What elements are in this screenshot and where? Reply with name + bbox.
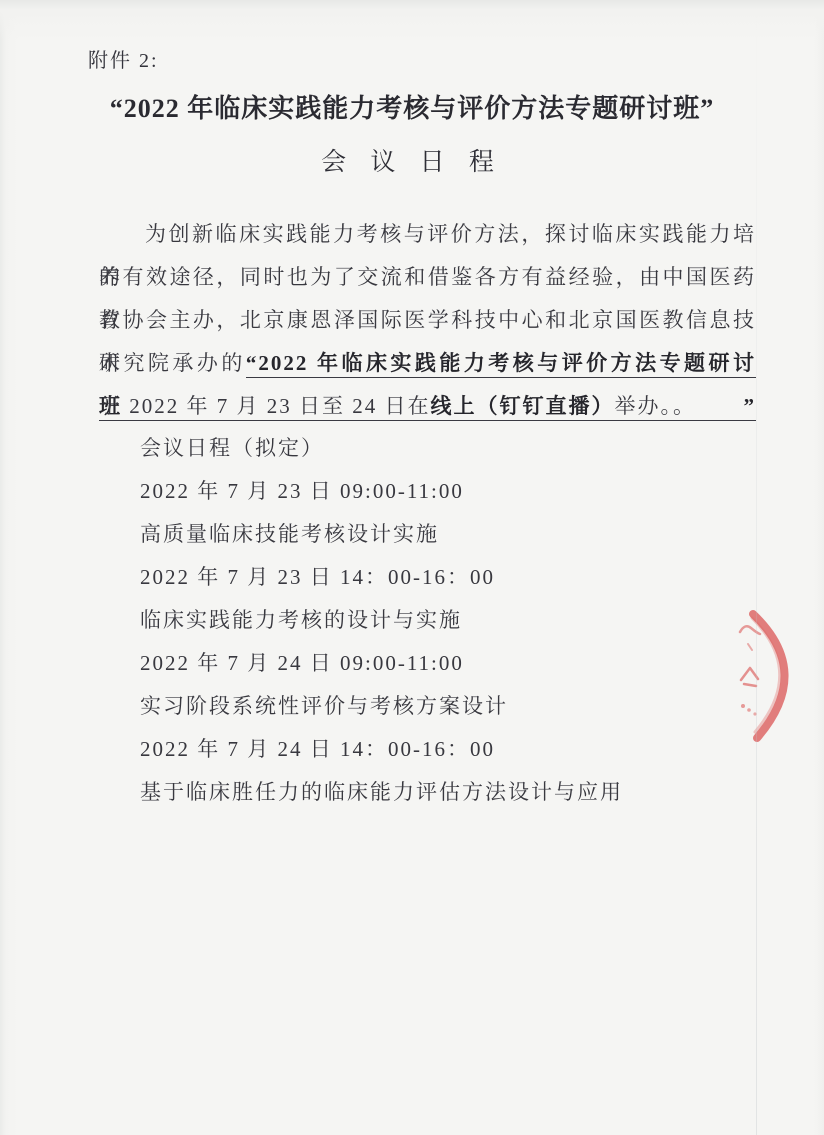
document-title: “2022 年临床实践能力考核与评价方法专题研讨班”: [0, 88, 824, 125]
agenda-session-topic: 实习阶段系统性评价与考核方案设计: [99, 685, 756, 728]
date-range-underlined: 2022 年 7 月 23 日至 24 日: [129, 394, 407, 421]
paragraph-line: 为创新临床实践能力考核与评价方法，探讨临床实践能力培养: [99, 213, 756, 256]
paragraph-segment: 于: [99, 394, 129, 418]
paragraph-segment: 研究院承办的: [99, 351, 246, 375]
scanned-document-page: 附件 2: “2022 年临床实践能力考核与评价方法专题研讨班” 会 议 日 程…: [0, 0, 824, 1135]
agenda-heading: 会议日程（拟定）: [99, 427, 756, 470]
paragraph-line: 于 2022 年 7 月 23 日至 24 日在线上（钉钉直播）举办。。: [99, 385, 756, 428]
agenda-session-time: 2022 年 7 月 24 日 14：00-16：00: [99, 728, 756, 771]
document-subtitle: 会 议 日 程: [0, 142, 824, 178]
paragraph-line: 育协会主办，北京康恩泽国际医学科技中心和北京国医教信息技术: [99, 299, 756, 342]
agenda-session-topic: 高质量临床技能考核设计实施: [99, 513, 756, 556]
agenda-session-topic: 基于临床胜任力的临床能力评估方法设计与应用: [99, 771, 756, 814]
paragraph-segment: 举办。。: [615, 394, 697, 418]
venue-emphasis: 线上（钉钉直播）: [431, 394, 615, 421]
paragraph-line: 的有效途径，同时也为了交流和借鉴各方有益经验，由中国医药教: [99, 256, 756, 299]
agenda-session-time: 2022 年 7 月 23 日 09:00-11:00: [99, 470, 756, 513]
attachment-label: 附件 2:: [88, 44, 159, 73]
agenda-session-time: 2022 年 7 月 23 日 14：00-16：00: [99, 556, 756, 599]
agenda-session-time: 2022 年 7 月 24 日 09:00-11:00: [99, 642, 756, 685]
paragraph-line: 研究院承办的“2022 年临床实践能力考核与评价方法专题研讨班”: [99, 342, 756, 385]
document-body: 为创新临床实践能力考核与评价方法，探讨临床实践能力培养 的有效途径，同时也为了交…: [99, 213, 756, 813]
paragraph-segment: 在: [408, 394, 431, 418]
agenda-session-topic: 临床实践能力考核的设计与实施: [99, 599, 756, 642]
